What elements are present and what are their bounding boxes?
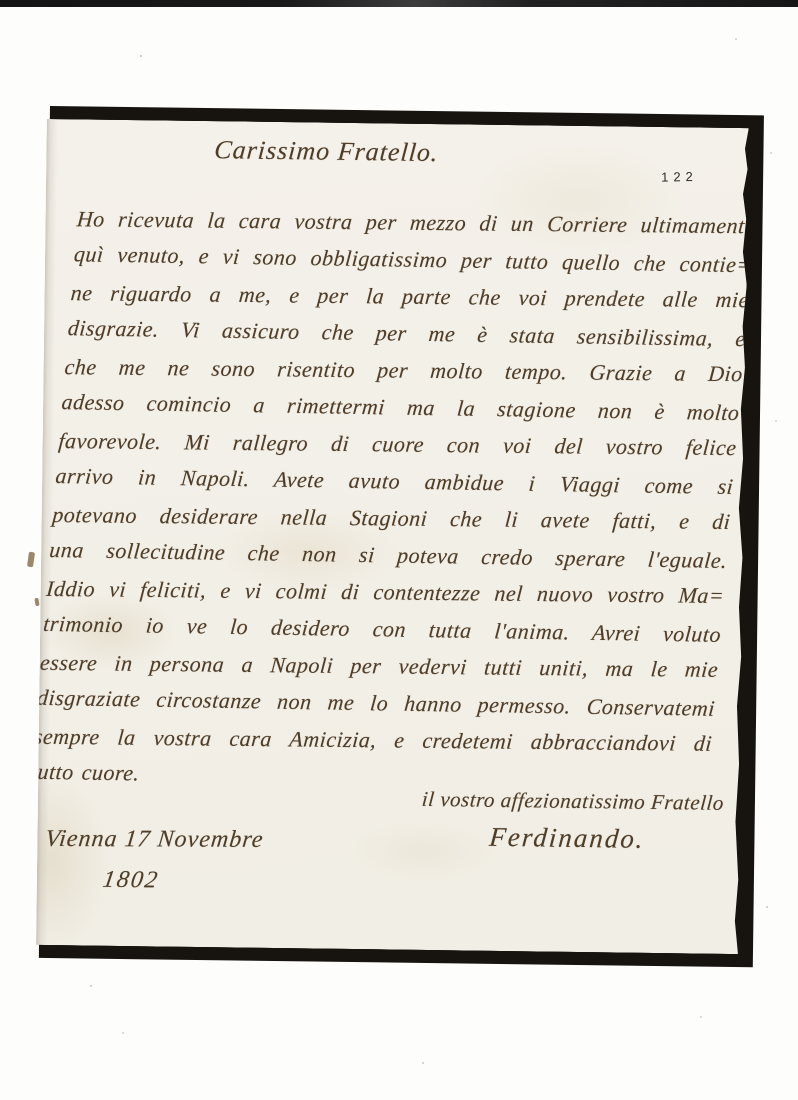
salutation: Carissimo Fratello. xyxy=(213,135,440,168)
scanned-letter-page: { "page_number": "122", "letter": { "sal… xyxy=(0,0,798,1100)
signature: Ferdinando. xyxy=(488,822,646,855)
closing-line: il vostro affezionatissimo Fratello xyxy=(421,787,725,816)
dust-specks xyxy=(0,0,2,2)
letter-black-mat: Carissimo Fratello. 122 Ho ricevuta la c… xyxy=(39,106,764,967)
binding-edge-fleck xyxy=(34,598,39,607)
dateline: Vienna 17 Novembre xyxy=(44,826,265,854)
scanner-edge-strip xyxy=(0,0,798,7)
letter-body: Ho ricevuta la cara vostra per mezzo di … xyxy=(29,201,756,801)
page-number: 122 xyxy=(661,169,698,185)
letter-paper: Carissimo Fratello. 122 Ho ricevuta la c… xyxy=(36,119,749,954)
year: 1802 xyxy=(101,867,161,895)
binding-edge-fleck xyxy=(27,552,35,568)
